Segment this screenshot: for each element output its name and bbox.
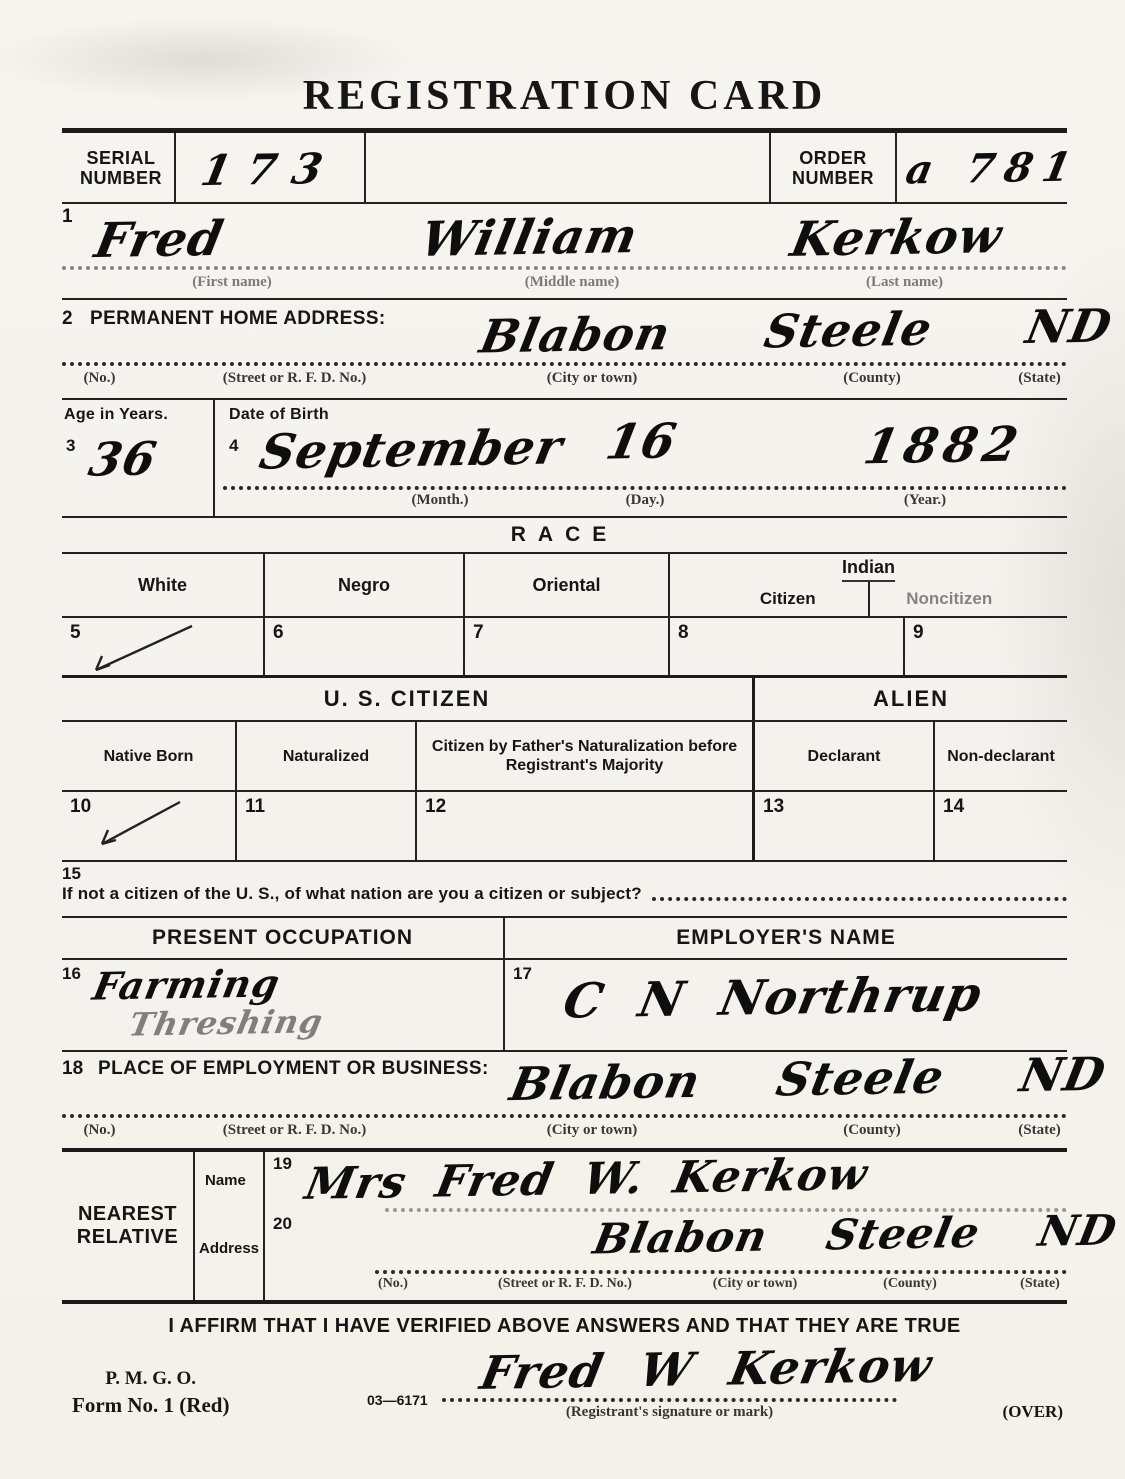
alien-header: ALIEN [755, 678, 1067, 720]
relative-sublabels: Name Address [195, 1152, 265, 1300]
employment-street-label: (Street or R. F. D. No.) [137, 1122, 452, 1139]
serial-blank-cell [364, 133, 769, 202]
middle-name-value: William [416, 208, 643, 268]
citizen-box-10: 10 [62, 792, 237, 860]
relative-address-fill-line [375, 1270, 1067, 1274]
race-box-7: 7 [465, 618, 670, 675]
field-number-4: 4 [229, 436, 238, 456]
citizen-box-11: 11 [237, 792, 417, 860]
race-white-label: White [62, 554, 265, 616]
address-county-label: (County) [732, 370, 1012, 387]
registrant-signature: Fred W Kerkow [476, 1338, 937, 1400]
dob-month-value: September [255, 419, 568, 480]
serial-number-value: 173 [197, 144, 343, 195]
address-street-label: (Street or R. F. D. No.) [137, 370, 452, 387]
nation-question-fill-line [652, 897, 1067, 901]
age-label: Age in Years. [64, 406, 168, 424]
check-mark-icon [88, 800, 188, 856]
citizen-box-14: 14 [935, 792, 1067, 860]
race-indian-citizen-label: Citizen [708, 582, 869, 616]
last-name-label: (Last name) [742, 274, 1067, 291]
day-label: (Day.) [626, 492, 665, 509]
form-identifier: P. M. G. O. Form No. 1 (Red) [72, 1366, 229, 1418]
field-number-18: 18 [62, 1058, 83, 1080]
race-box-8: 8 [670, 618, 905, 675]
home-address-fill-line [62, 362, 1067, 366]
registration-card-scan: REGISTRATION CARD SERIAL NUMBER 173 ORDE… [0, 0, 1125, 1479]
occupation-row: 16 Farming Threshing 17 C N Northrup [62, 960, 1067, 1052]
nearest-relative-row: NEAREST RELATIVE Name Address 19 Mrs Fre… [62, 1152, 1067, 1304]
order-number-label: ORDER NUMBER [769, 133, 895, 202]
name-row: 1 Fred William Kerkow (First name) (Midd… [62, 204, 1067, 300]
address-city-label: (City or town) [452, 370, 732, 387]
check-mark-icon [80, 624, 200, 682]
employment-fill-line [62, 1114, 1067, 1118]
serial-order-row: SERIAL NUMBER 173 ORDER NUMBER a 781 [62, 128, 1067, 204]
nation-question-text: If not a citizen of the U. S., of what n… [62, 884, 652, 904]
year-label: (Year.) [904, 492, 946, 509]
citizenship-table: U. S. CITIZEN ALIEN Native Born Naturali… [62, 678, 1067, 862]
relative-county-label: (County) [883, 1276, 937, 1292]
race-indian-label: Indian [842, 554, 895, 582]
home-address-value: Blabon Steele ND [476, 299, 1117, 364]
relative-address-value: Blabon Steele ND [589, 1205, 1121, 1263]
employment-city-label: (City or town) [452, 1122, 732, 1139]
employment-state-label: (State) [1012, 1122, 1067, 1139]
race-indian-cell: Indian Citizen Noncitizen [670, 554, 1067, 616]
employer-name-value: C N Northrup [559, 966, 987, 1029]
middle-name-label: (Middle name) [402, 274, 742, 291]
over-label: (OVER) [1003, 1402, 1063, 1422]
relative-street-label: (Street or R. F. D. No.) [498, 1276, 632, 1292]
age-value: 36 [85, 431, 162, 486]
affirmation-text: I AFFIRM THAT I HAVE VERIFIED ABOVE ANSW… [168, 1315, 960, 1338]
field-number-15: 15 [62, 864, 81, 883]
field-number-20: 20 [273, 1214, 292, 1234]
field-number-2: 2 [62, 308, 73, 330]
home-address-row: 2 PERMANENT HOME ADDRESS: Blabon Steele … [62, 300, 1067, 400]
native-born-label: Native Born [62, 722, 237, 790]
relative-name-value: Mrs Fred W. Kerkow [301, 1149, 872, 1210]
field-number-16: 16 [62, 964, 81, 984]
field-number-1: 1 [62, 206, 73, 228]
occupation-value-line2: Threshing [126, 1002, 326, 1043]
occupation-header-row: PRESENT OCCUPATION EMPLOYER'S NAME [62, 918, 1067, 960]
form-org: P. M. G. O. [72, 1366, 229, 1392]
field-number-19: 19 [273, 1154, 292, 1174]
relative-no-label: (No.) [378, 1276, 408, 1292]
relative-address-label: Address [199, 1240, 259, 1257]
field-number-17: 17 [513, 964, 532, 984]
signature-label: (Registrant's signature or mark) [442, 1404, 897, 1421]
first-name-label: (First name) [62, 274, 402, 291]
non-declarant-label: Non-declarant [935, 722, 1067, 790]
last-name-value: Kerkow [786, 208, 1007, 268]
form-number: Form No. 1 (Red) [72, 1392, 229, 1418]
footer-row: P. M. G. O. Form No. 1 (Red) 03—6171 Fre… [62, 1348, 1067, 1434]
us-citizen-header: U. S. CITIZEN [62, 678, 755, 720]
employment-county-label: (County) [732, 1122, 1012, 1139]
field-number-3: 3 [66, 436, 75, 456]
declarant-label: Declarant [755, 722, 935, 790]
citizen-box-13: 13 [755, 792, 935, 860]
employment-value: Blabon Steele ND [506, 1047, 1111, 1111]
employment-no-label: (No.) [62, 1122, 137, 1139]
order-number-value-cell: a 781 [895, 133, 1067, 202]
dob-cell: Date of Birth 4 September 16 1882 (Month… [215, 400, 1067, 516]
order-number-value: a 781 [902, 143, 1085, 193]
serial-number-label: SERIAL NUMBER [62, 133, 174, 202]
relative-state-label: (State) [1020, 1276, 1060, 1292]
present-occupation-header: PRESENT OCCUPATION [62, 918, 505, 958]
race-table: White Negro Oriental Indian Citizen Nonc… [62, 554, 1067, 678]
address-no-label: (No.) [62, 370, 137, 387]
employer-cell: 17 C N Northrup [505, 960, 1067, 1050]
dob-fill-line [223, 486, 1067, 490]
dob-label: Date of Birth [229, 406, 329, 424]
race-negro-label: Negro [265, 554, 465, 616]
race-header: RACE [62, 518, 1067, 554]
citizen-box-12: 12 [417, 792, 755, 860]
citizen-by-father-label: Citizen by Father's Naturalization befor… [417, 722, 755, 790]
employment-row: 18 PLACE OF EMPLOYMENT OR BUSINESS: Blab… [62, 1052, 1067, 1152]
home-address-label: PERMANENT HOME ADDRESS: [90, 308, 386, 330]
print-code: 03—6171 [367, 1392, 428, 1408]
race-title: RACE [511, 523, 619, 547]
race-box-9: 9 [905, 618, 1067, 675]
serial-number-value-cell: 173 [174, 133, 364, 202]
race-box-6: 6 [265, 618, 465, 675]
dob-day-value: 16 [601, 413, 681, 470]
nearest-relative-label: NEAREST RELATIVE [62, 1152, 195, 1300]
address-state-label: (State) [1012, 370, 1067, 387]
page-title: REGISTRATION CARD [303, 72, 826, 120]
nation-question-row: 15 If not a citizen of the U. S., of wha… [62, 862, 1067, 918]
occupation-cell: 16 Farming Threshing [62, 960, 505, 1050]
age-dob-row: Age in Years. 3 36 Date of Birth 4 Septe… [62, 400, 1067, 518]
naturalized-label: Naturalized [237, 722, 417, 790]
age-cell: Age in Years. 3 36 [62, 400, 215, 516]
race-indian-noncitizen-label: Noncitizen [870, 582, 1029, 616]
relative-city-label: (City or town) [713, 1276, 798, 1292]
employers-name-header: EMPLOYER'S NAME [505, 918, 1067, 958]
race-oriental-label: Oriental [465, 554, 670, 616]
name-fill-line [62, 266, 1067, 270]
month-label: (Month.) [411, 492, 468, 509]
relative-name-label: Name [205, 1172, 246, 1189]
relative-values: 19 Mrs Fred W. Kerkow 20 Blabon Steele N… [265, 1152, 1067, 1300]
signature-fill-line [442, 1398, 897, 1402]
race-box-5: 5 [62, 618, 265, 675]
employment-label: PLACE OF EMPLOYMENT OR BUSINESS: [98, 1058, 489, 1080]
first-name-value: Fred [90, 211, 228, 269]
dob-year-value: 1882 [859, 417, 1028, 476]
occupation-value-line1: Farming [89, 960, 284, 1008]
